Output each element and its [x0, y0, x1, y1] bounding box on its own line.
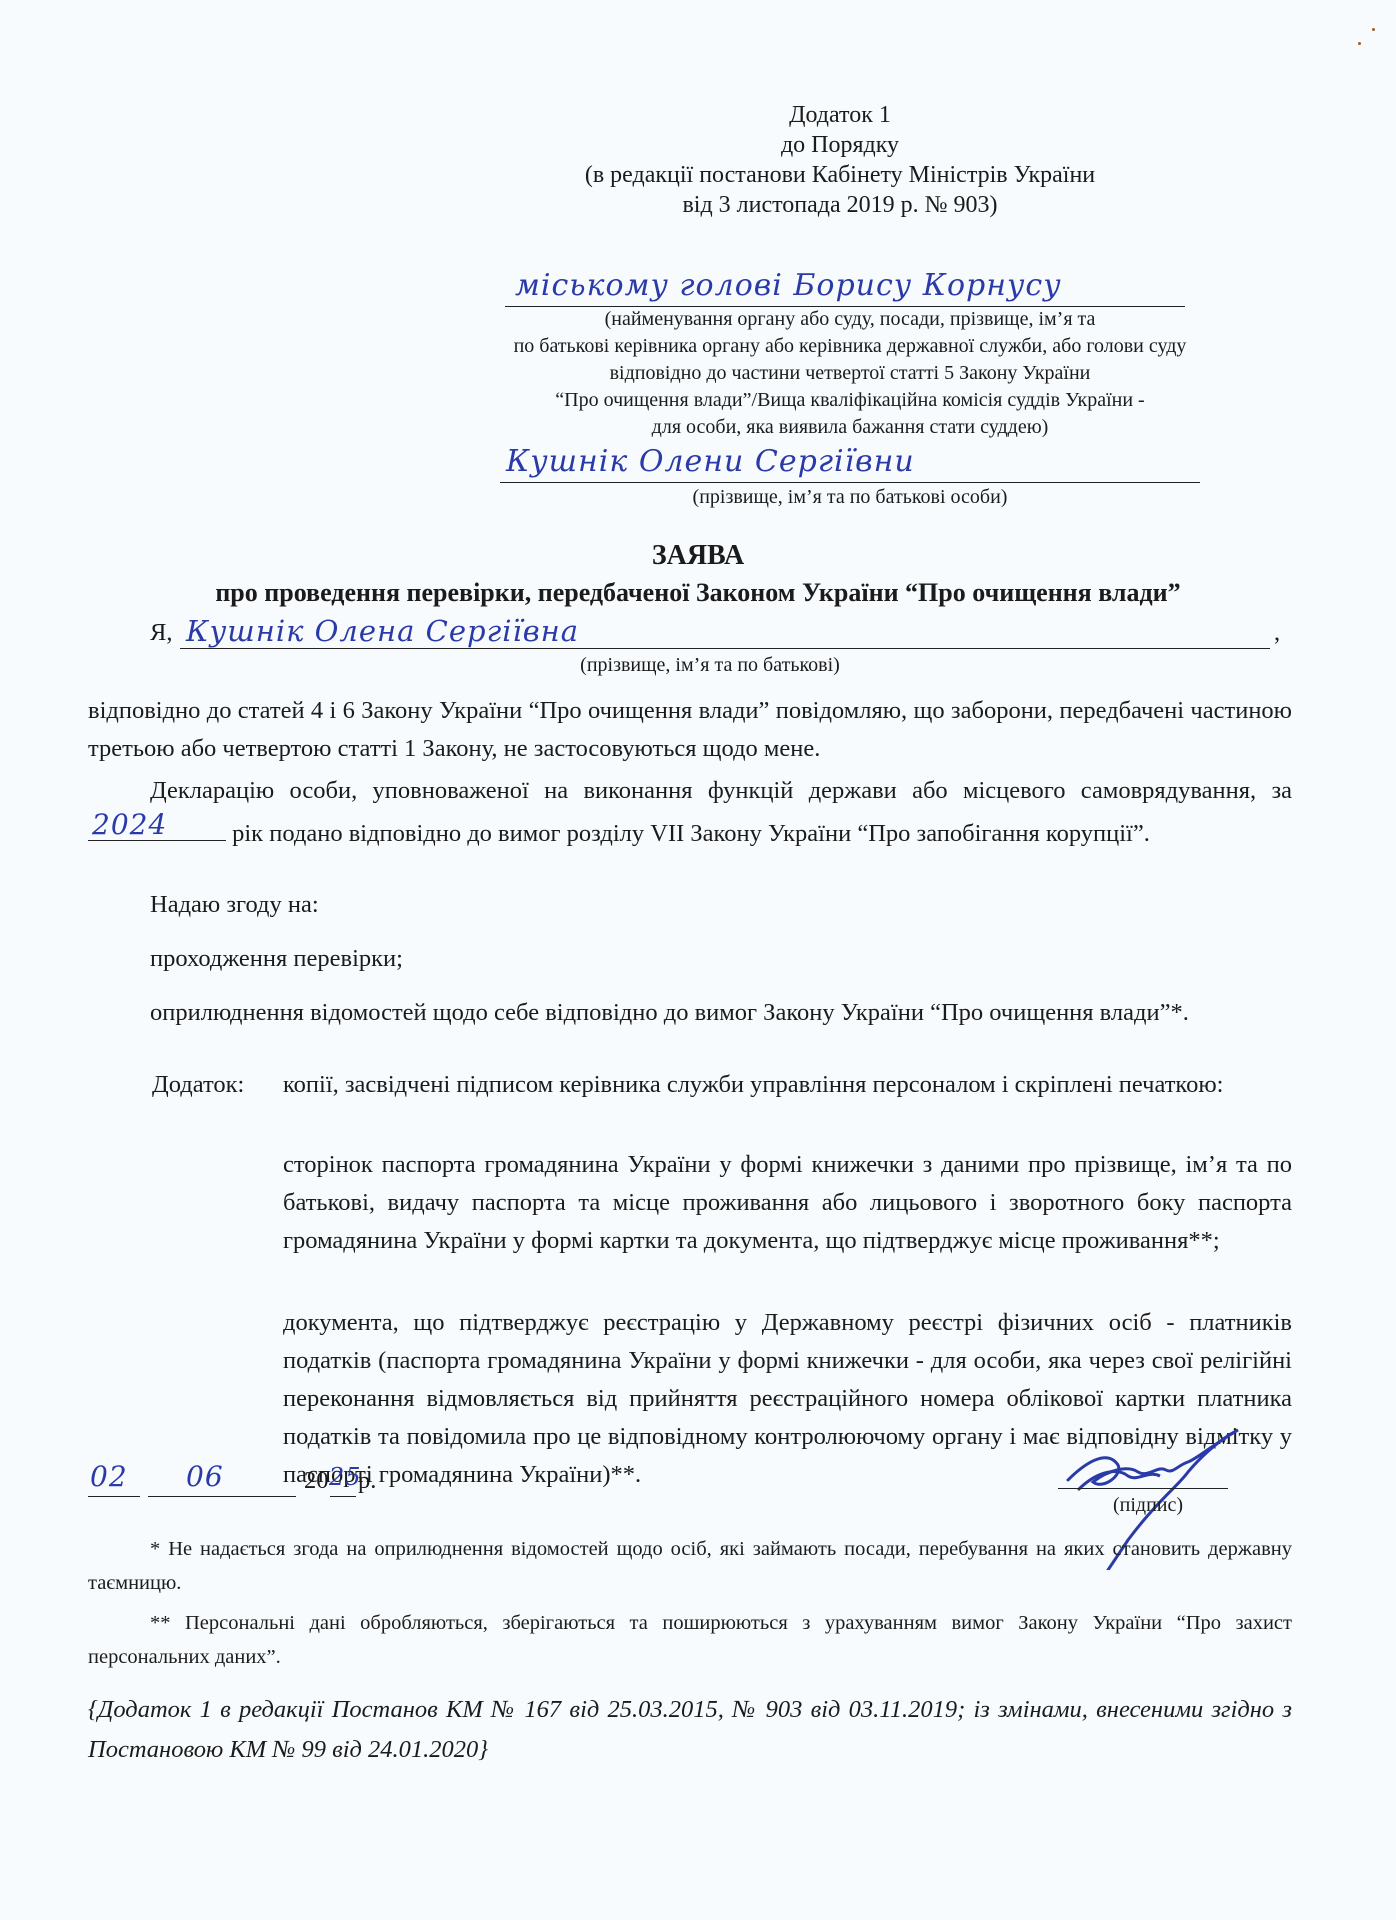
declarant-caption: (прізвище, ім’я та по батькові)	[500, 652, 920, 679]
declarant-comma: ,	[1274, 614, 1280, 652]
caption-line: “Про очищення влади”/Вища кваліфікаційна…	[440, 387, 1260, 414]
date-year-prefix: 20	[304, 1462, 329, 1500]
date-year-handwritten: 25	[329, 1458, 362, 1496]
signature-caption: (підпис)	[1058, 1492, 1238, 1519]
declaration-year-field[interactable]: 2024	[88, 810, 226, 841]
addressee-caption: (найменування органу або суду, посади, п…	[440, 306, 1260, 441]
attachment-item-copies: копії, засвідчені підписом керівника слу…	[283, 1066, 1292, 1104]
document-page: Додаток 1 до Порядку (в редакції постано…	[0, 0, 1396, 1920]
declaration-text-after: рік подано відповідно до вимог розділу V…	[232, 820, 1150, 847]
date-day-handwritten: 02	[90, 1458, 128, 1496]
footnote-personal-data: ** Персональні дані обробляються, зберіг…	[88, 1606, 1292, 1674]
caption-line: для особи, яка виявила бажання стати суд…	[440, 414, 1260, 441]
header-line-1: Додаток 1	[540, 100, 1140, 130]
signature-underline	[1058, 1488, 1228, 1489]
consent-intro: Надаю згоду на:	[150, 886, 1290, 924]
addressee-field[interactable]: міському голові Борису Корнусу	[505, 270, 1185, 307]
consent-item-check: проходження перевірки;	[150, 940, 1290, 978]
paragraph-declaration: Декларацію особи, уповноваженої на викон…	[88, 772, 1292, 853]
date-month-field[interactable]: 06	[148, 1462, 296, 1497]
declarant-name-field[interactable]: Кушнік Олена Сергіївна	[180, 614, 1270, 649]
attachment-item-passport: сторінок паспорта громадянина України у …	[283, 1146, 1292, 1260]
signature-field[interactable]: (підпис)	[1058, 1420, 1228, 1520]
date-day-field[interactable]: 02	[88, 1462, 140, 1497]
caption-line: відповідно до частини четвертої статті 5…	[440, 360, 1260, 387]
declarant-prefix: Я,	[150, 619, 172, 646]
sender-field[interactable]: Кушнік Олени Сергіївни	[500, 444, 1200, 483]
footnote-secrecy: * Не надається згода на оприлюднення від…	[88, 1532, 1292, 1600]
consent-item-publication: оприлюднення відомостей щодо себе відпов…	[88, 994, 1292, 1032]
header-line-4: від 3 листопада 2019 р. № 903)	[540, 190, 1140, 220]
editorial-note: {Додаток 1 в редакції Постанов КМ № 167 …	[88, 1690, 1292, 1770]
header-line-2: до Порядку	[540, 130, 1140, 160]
sender-handwritten: Кушнік Олени Сергіївни	[506, 444, 915, 479]
document-title: ЗАЯВА	[0, 540, 1396, 572]
date-year-unit: р.	[358, 1462, 376, 1500]
caption-line: (найменування органу або суду, посади, п…	[440, 306, 1260, 333]
declaration-text-before: Декларацію особи, уповноваженої на викон…	[150, 777, 1292, 804]
caption-line: по батькові керівника органу або керівни…	[440, 333, 1260, 360]
header-line-3: (в редакції постанови Кабінету Міністрів…	[540, 160, 1140, 190]
attachment-label: Додаток:	[152, 1066, 282, 1104]
declarant-line: Я, Кушнік Олена Сергіївна ,	[150, 614, 1300, 654]
scan-speck	[1358, 42, 1361, 45]
paragraph-statement: відповідно до статей 4 і 6 Закону Україн…	[88, 692, 1292, 768]
date-year-field[interactable]: 25	[330, 1462, 356, 1497]
document-subtitle: про проведення перевірки, передбаченої З…	[0, 578, 1396, 608]
sender-caption: (прізвище, ім’я та по батькові особи)	[500, 484, 1200, 511]
addressee-handwritten: міському голові Борису Корнусу	[515, 268, 1062, 303]
scan-speck	[1372, 28, 1375, 31]
appendix-header: Додаток 1 до Порядку (в редакції постано…	[540, 100, 1140, 220]
date-month-handwritten: 06	[186, 1458, 224, 1496]
declarant-handwritten: Кушнік Олена Сергіївна	[186, 612, 579, 650]
date-line: 02 06 20 25 р.	[88, 1462, 448, 1502]
declaration-year-handwritten: 2024	[92, 806, 167, 844]
